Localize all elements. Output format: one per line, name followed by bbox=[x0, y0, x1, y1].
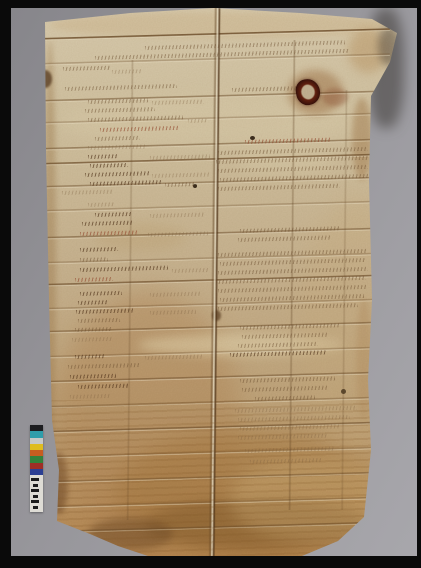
script-line bbox=[75, 327, 111, 332]
script-line bbox=[216, 276, 366, 284]
scale-ruler-tick bbox=[33, 484, 38, 487]
script-line bbox=[230, 350, 326, 357]
script-line bbox=[85, 171, 150, 177]
script-line bbox=[80, 257, 108, 262]
scale-ruler-tick bbox=[33, 506, 38, 509]
script-line bbox=[80, 266, 168, 272]
script-line bbox=[150, 310, 196, 315]
script-line bbox=[88, 115, 183, 122]
scale-ruler-tick bbox=[31, 500, 39, 503]
scale-ruler-tick bbox=[31, 489, 39, 492]
script-line bbox=[218, 165, 368, 173]
script-line bbox=[95, 212, 131, 217]
letterbox-left bbox=[0, 0, 11, 568]
script-line bbox=[150, 154, 210, 160]
script-line bbox=[88, 144, 146, 150]
script-line bbox=[232, 86, 302, 92]
script-line bbox=[85, 107, 155, 113]
script-line bbox=[238, 342, 318, 348]
script-line bbox=[88, 98, 148, 104]
script-line bbox=[218, 303, 358, 311]
script-line bbox=[78, 318, 120, 323]
script-line bbox=[150, 212, 205, 218]
manuscript bbox=[0, 0, 421, 568]
script-line bbox=[80, 247, 118, 252]
script-line bbox=[220, 294, 364, 302]
script-line bbox=[152, 100, 204, 105]
scale-ruler bbox=[30, 475, 43, 512]
script-line bbox=[95, 136, 140, 141]
script-line bbox=[152, 172, 210, 178]
script-line bbox=[100, 126, 178, 132]
script-line bbox=[112, 69, 142, 74]
script-line bbox=[220, 258, 366, 266]
script-line bbox=[70, 374, 116, 379]
scale-ruler-tick bbox=[33, 495, 38, 498]
script-line bbox=[65, 84, 177, 91]
script-line bbox=[145, 40, 345, 50]
script-line bbox=[63, 66, 111, 71]
wax-seal-center bbox=[302, 84, 315, 99]
script-line bbox=[68, 363, 140, 369]
script-line bbox=[75, 277, 113, 282]
script-line bbox=[80, 230, 137, 236]
script-line bbox=[240, 376, 335, 383]
script-line bbox=[76, 308, 134, 314]
script-line bbox=[240, 323, 340, 330]
script-line bbox=[218, 267, 368, 275]
script-line bbox=[78, 384, 128, 389]
script-line bbox=[172, 268, 208, 273]
bottom-staining-texture bbox=[45, 400, 380, 568]
script-line bbox=[242, 386, 328, 392]
script-line bbox=[75, 354, 105, 359]
script-line bbox=[218, 184, 340, 191]
photo bbox=[0, 0, 421, 568]
script-line bbox=[72, 337, 112, 342]
script-line bbox=[188, 118, 208, 123]
script-line bbox=[148, 231, 208, 237]
script-line bbox=[238, 235, 330, 242]
script-line bbox=[218, 285, 366, 293]
script-line bbox=[95, 49, 350, 60]
script-line bbox=[242, 333, 328, 339]
script-line bbox=[88, 202, 114, 207]
script-line bbox=[80, 291, 122, 296]
letterbox-bottom bbox=[0, 556, 421, 568]
script-line bbox=[245, 138, 330, 144]
script-line bbox=[150, 292, 200, 297]
script-line bbox=[218, 249, 366, 257]
script-line bbox=[220, 174, 368, 182]
script-line bbox=[218, 147, 368, 155]
scale-ruler-tick bbox=[31, 478, 39, 481]
script-line bbox=[62, 190, 112, 195]
script-line bbox=[240, 226, 340, 233]
script-line bbox=[90, 180, 162, 186]
letterbox-top bbox=[0, 0, 421, 8]
script-line bbox=[145, 354, 203, 360]
letterbox-right bbox=[417, 0, 421, 568]
script-line bbox=[70, 394, 110, 399]
script-line bbox=[82, 221, 132, 226]
script-line bbox=[88, 154, 118, 159]
script-line bbox=[165, 182, 195, 187]
color-scale-bar bbox=[30, 425, 43, 512]
script-line bbox=[78, 300, 108, 305]
script-line bbox=[216, 156, 368, 164]
script-line bbox=[90, 163, 128, 168]
